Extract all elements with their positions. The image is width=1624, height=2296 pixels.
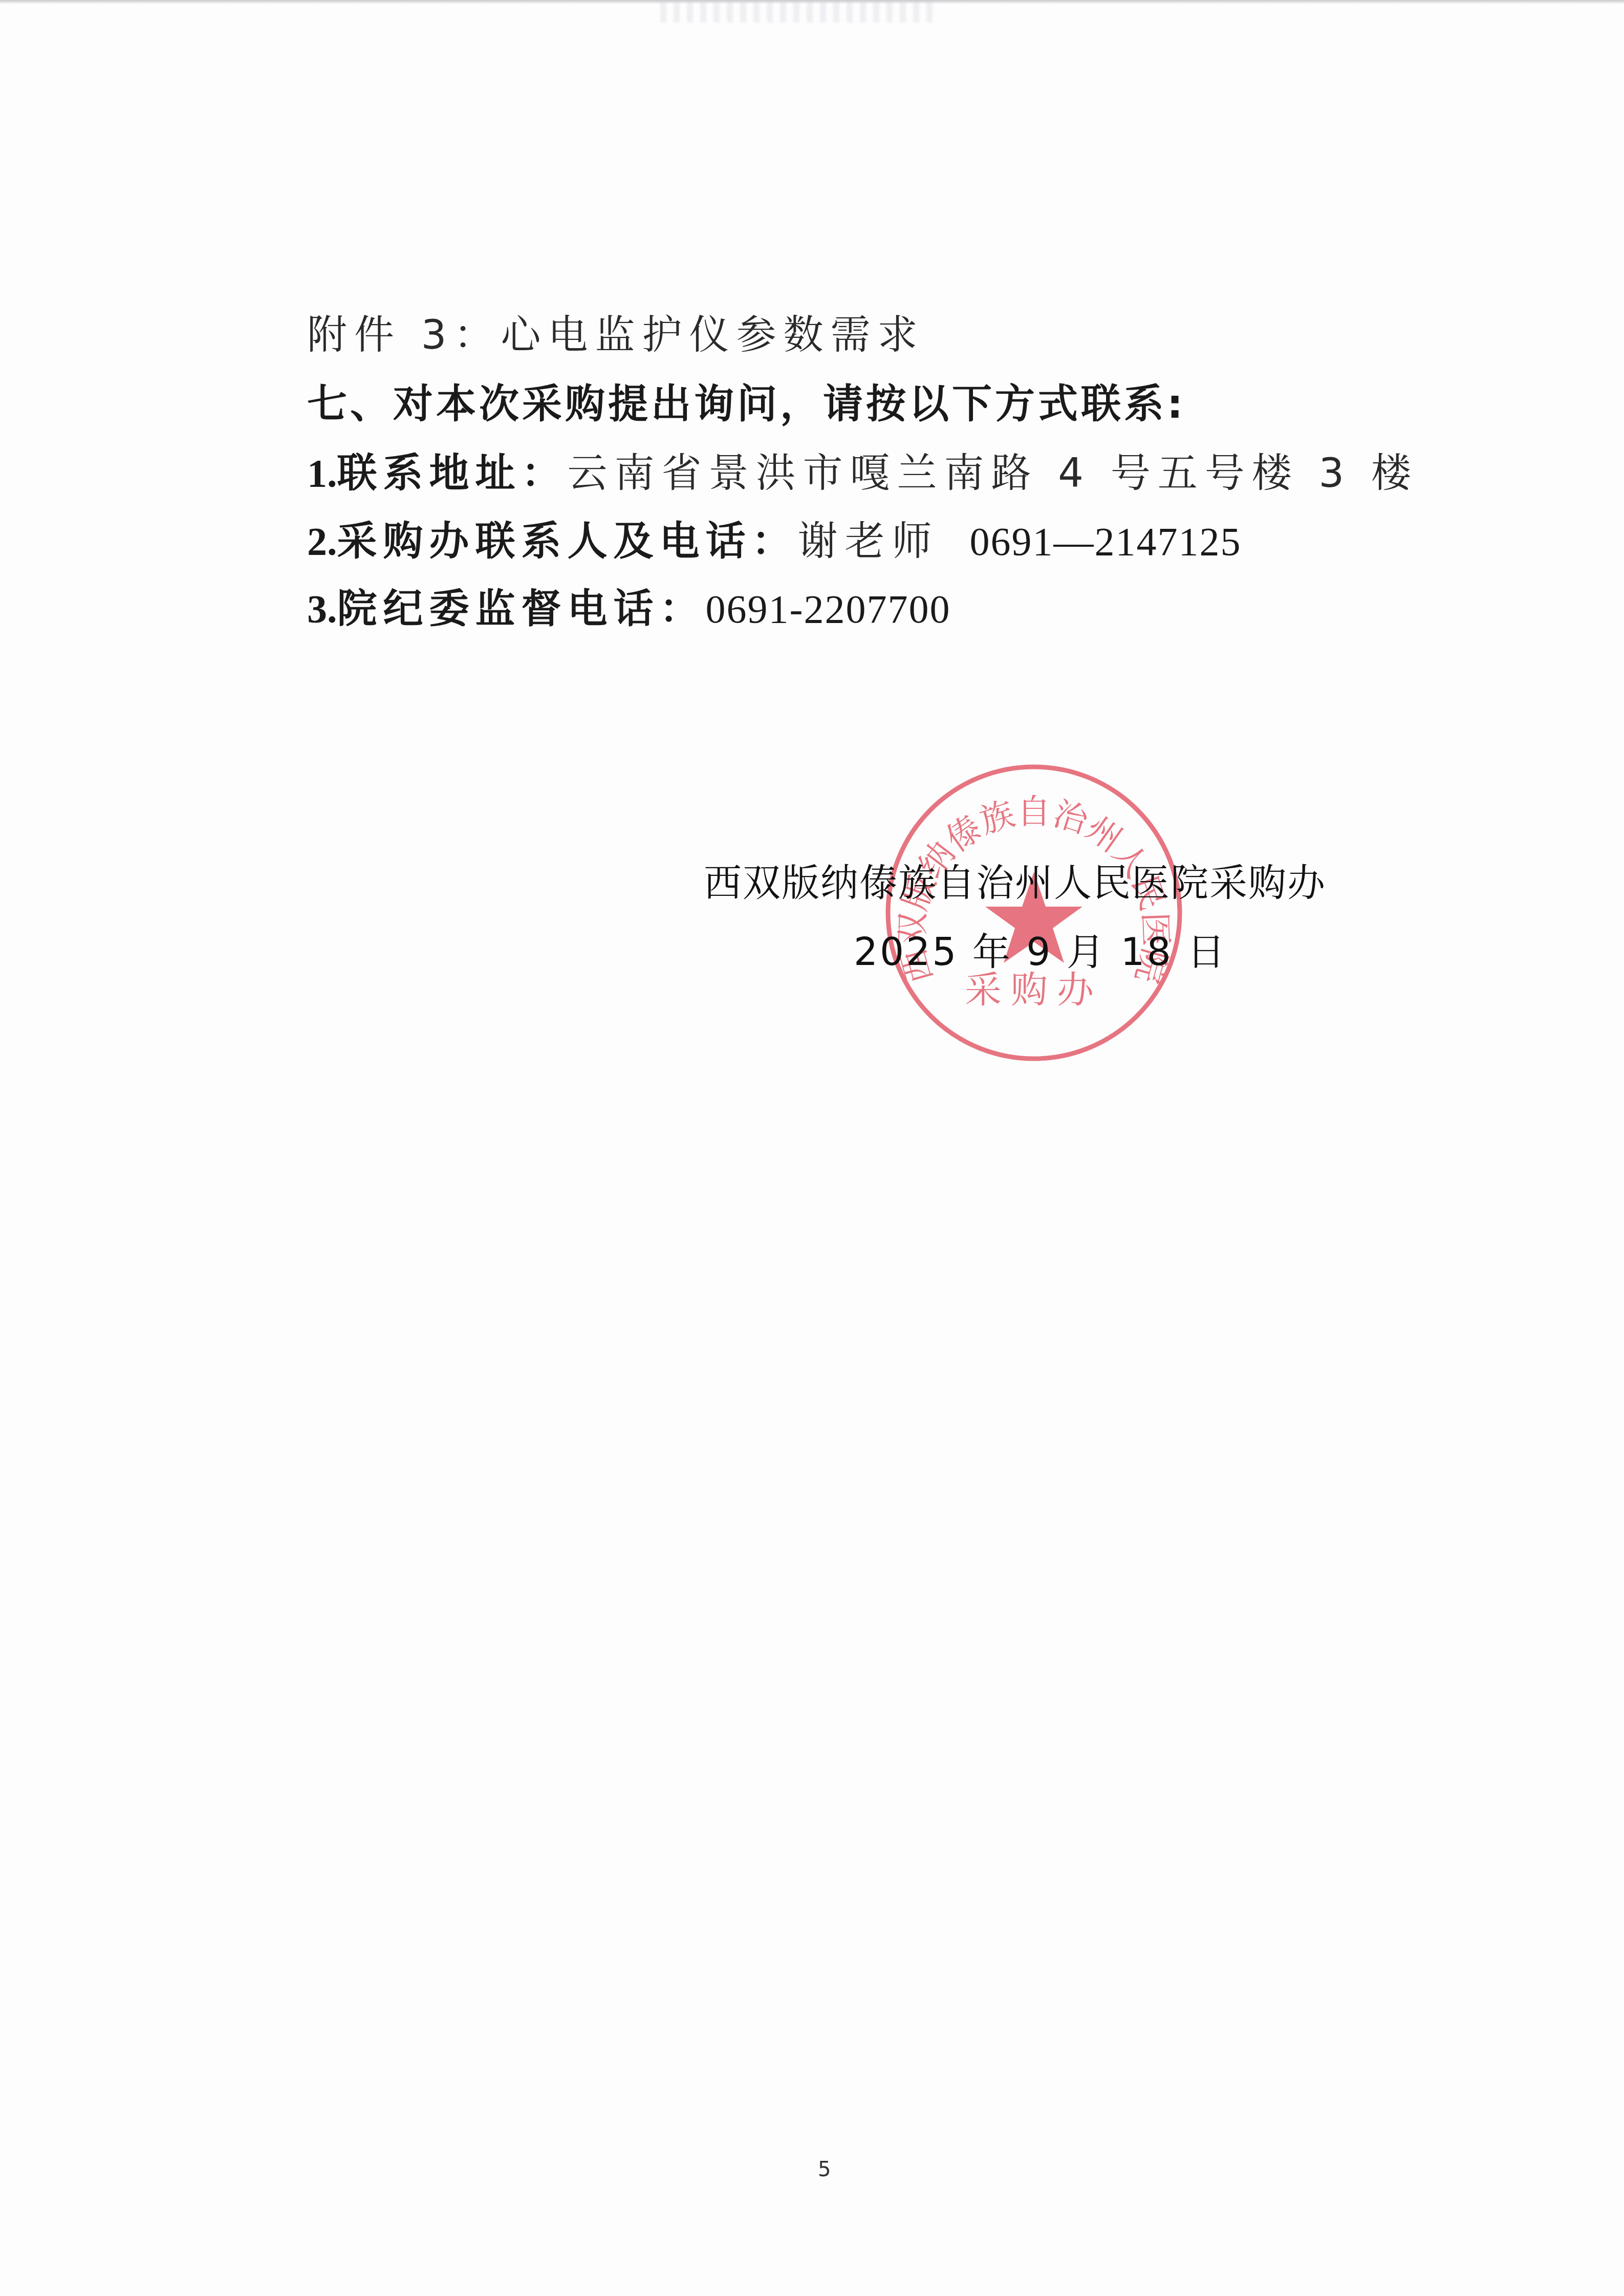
supervision-phone: 0691-2207700: [706, 587, 951, 631]
section-heading: 七、对本次采购提出询问，请按以下方式联系:: [307, 379, 1186, 430]
contact-label: 联系地址：: [337, 450, 568, 497]
contact-address-value: 云南省景洪市嘎兰南路 4 号五号楼 3 楼: [568, 450, 1418, 497]
page-number: 5: [818, 2158, 831, 2181]
official-seal-stamp: 西双版纳傣族自治州人民医院 采购办: [883, 762, 1185, 1064]
scan-bleed-through: [660, 2, 937, 23]
contact-index: 2.: [307, 519, 337, 564]
contact-label: 采购办联系人及电话：: [337, 519, 798, 565]
attachment-title: 心电监护仪参数需求: [501, 312, 924, 358]
contact-index: 1.: [307, 451, 337, 496]
attachment-label: 附件 3：: [307, 312, 501, 358]
contact-person: 谢老师: [798, 519, 939, 565]
contact-phone: 0691—2147125: [970, 519, 1242, 564]
contact-procurement-phone: 2.采购办联系人及电话：谢老师0691—2147125: [307, 516, 1242, 567]
attachment-line: 附件 3：心电监护仪参数需求: [307, 310, 924, 361]
signature-date: 2025 年 9 月 18 日: [854, 929, 1227, 975]
contact-supervision-phone: 3.院纪委监督电话：0691-2207700: [307, 584, 951, 635]
contact-address: 1.联系地址：云南省景洪市嘎兰南路 4 号五号楼 3 楼: [307, 448, 1418, 499]
contact-index: 3.: [307, 587, 337, 631]
contact-label: 院纪委监督电话：: [337, 586, 706, 632]
signature-organization: 西双版纳傣族自治州人民医院采购办: [704, 860, 1326, 906]
